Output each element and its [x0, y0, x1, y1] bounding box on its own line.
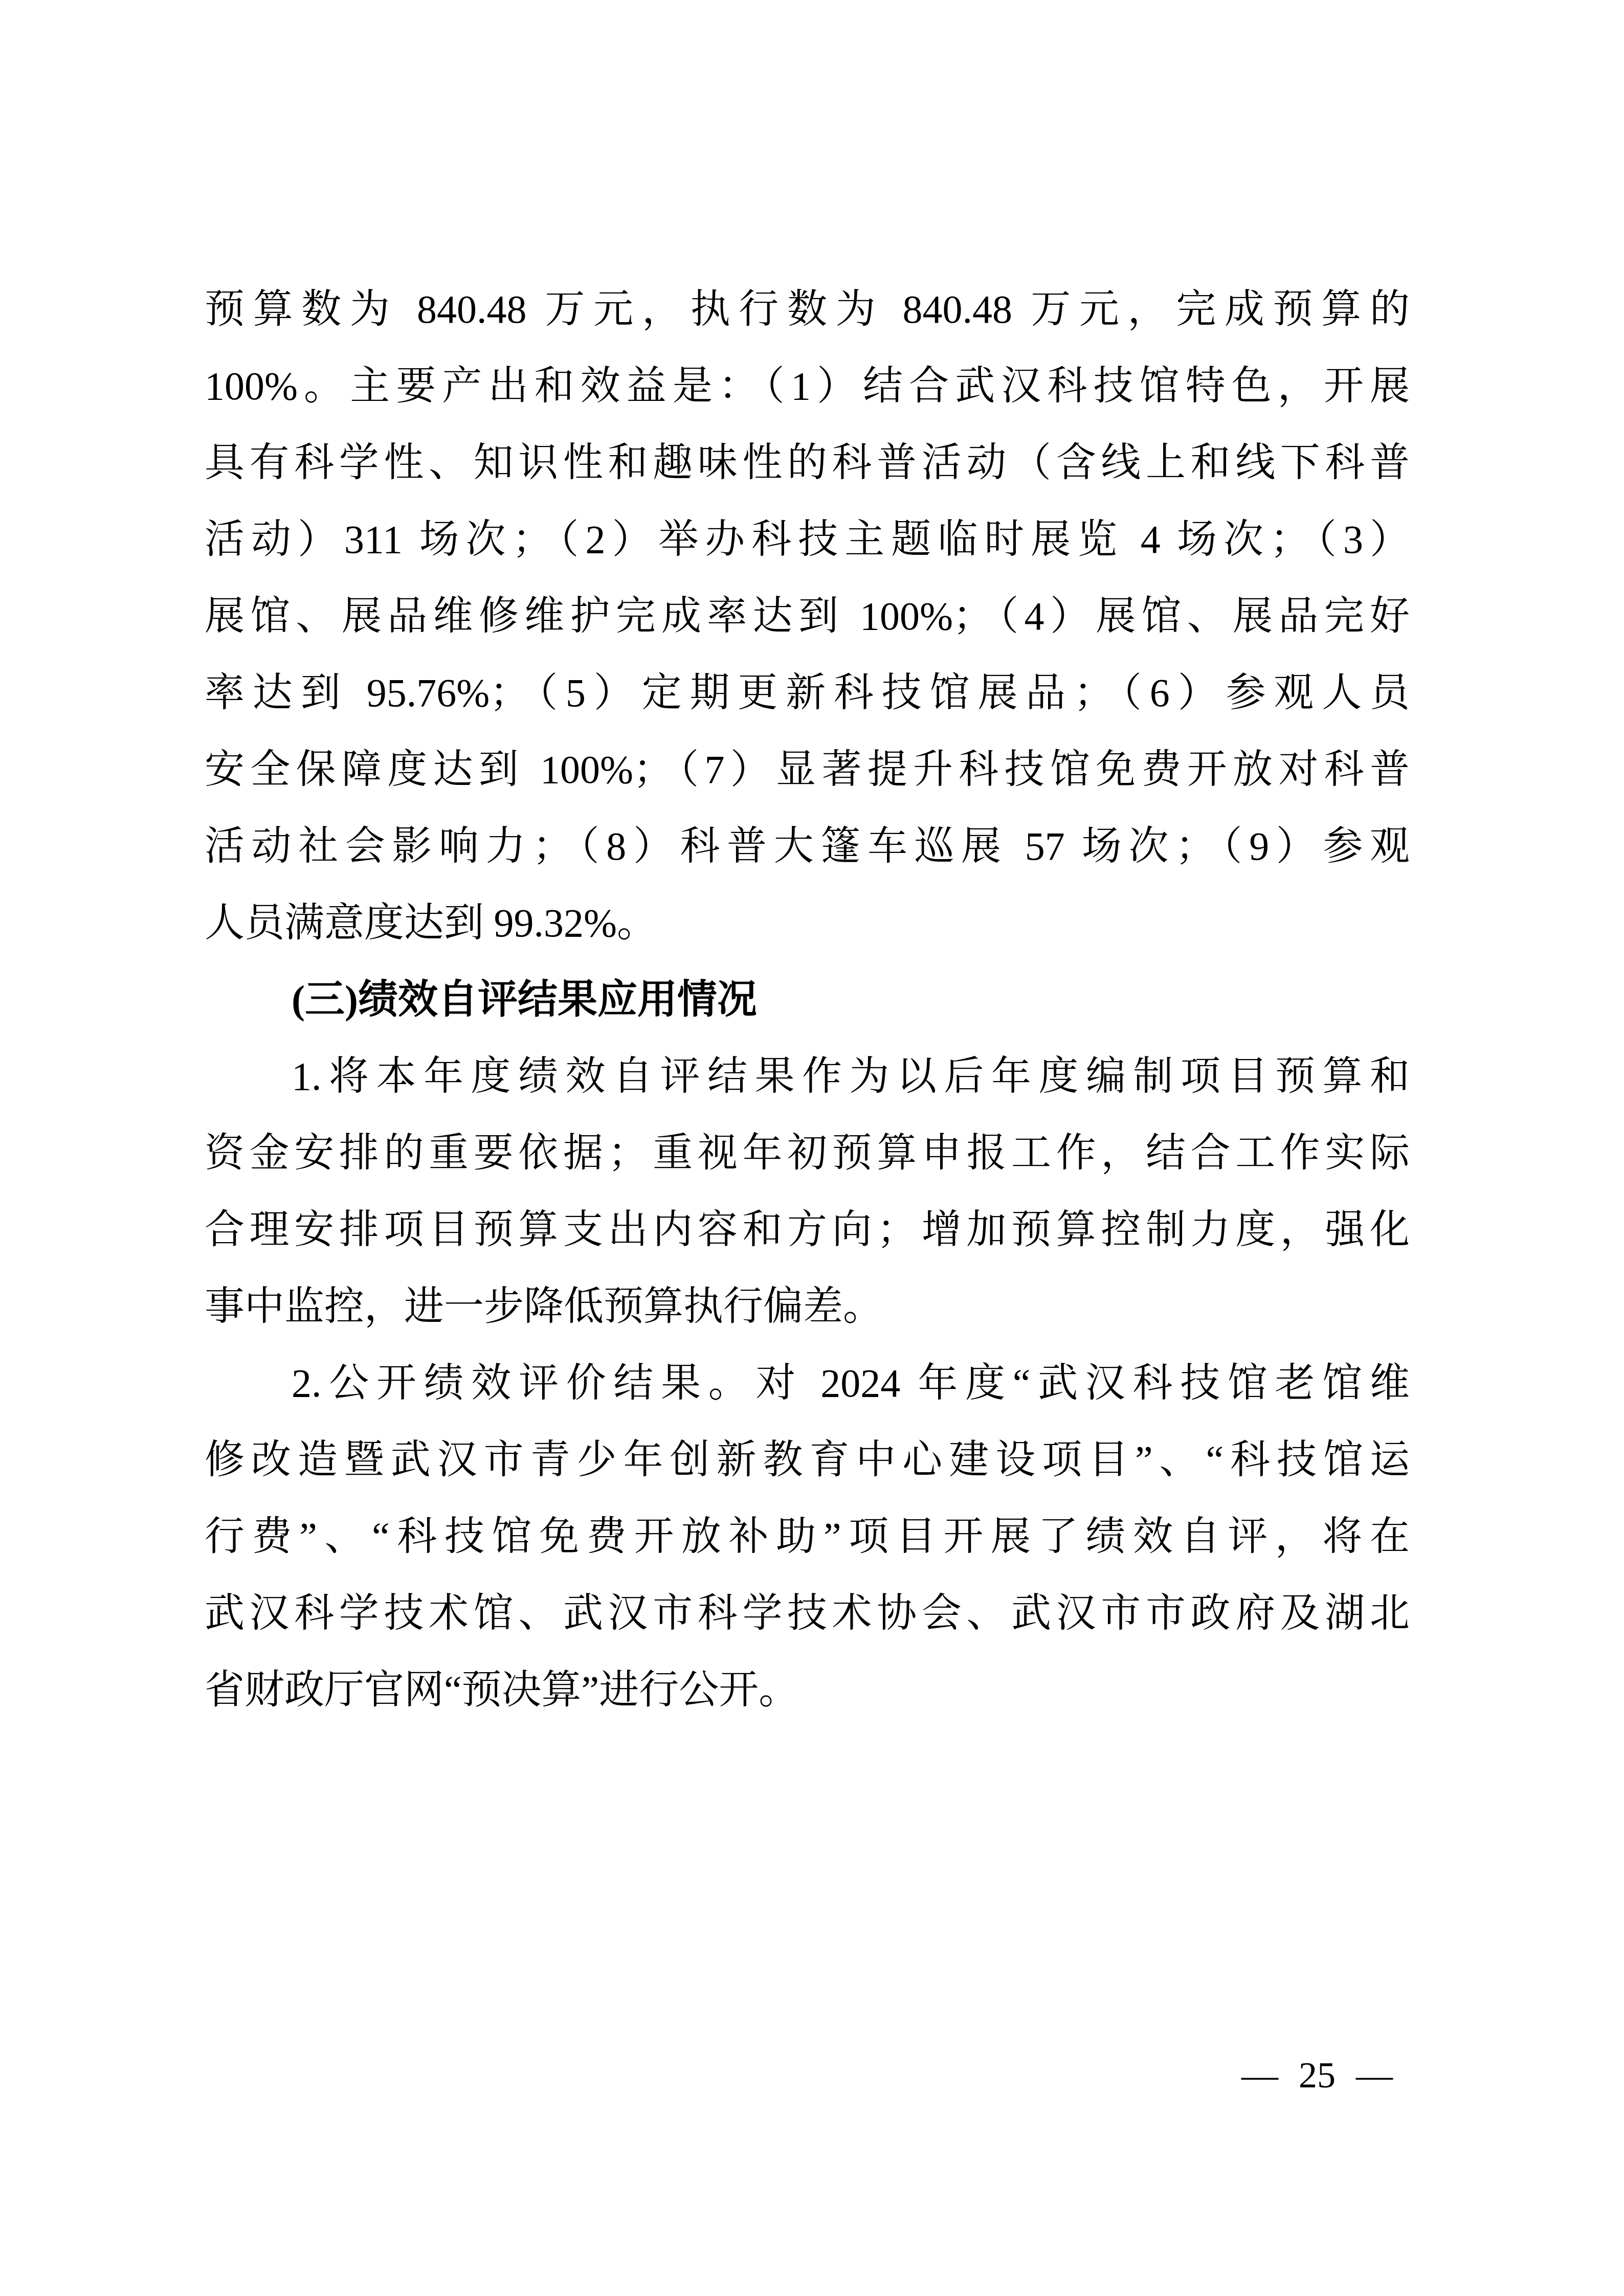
page-number: 25: [1299, 2057, 1336, 2094]
text-line: 修改造暨武汉市青少年创新教育中心建设项目”、“科技馆运: [205, 1422, 1410, 1498]
document-body: 预算数为 840.48 万元，执行数为 840.48 万元，完成预算的100%。…: [205, 271, 1410, 1728]
text-line: 活动社会影响力；（8）科普大篷车巡展 57 场次；（9）参观: [205, 808, 1410, 885]
text-line: 具有科学性、知识性和趣味性的科普活动（含线上和线下科普: [205, 424, 1410, 501]
text-line: 资金安排的重要依据；重视年初预算申报工作，结合工作实际: [205, 1115, 1410, 1191]
text-line: 合理安排项目预算支出内容和方向；增加预算控制力度，强化: [205, 1191, 1410, 1268]
text-line: 行费”、“科技馆免费开放补助”项目开展了绩效自评，将在: [205, 1498, 1410, 1575]
text-line: 武汉科学技术馆、武汉市科学技术协会、武汉市市政府及湖北: [205, 1575, 1410, 1652]
text-line: 率达到 95.76%；（5）定期更新科技馆展品；（6）参观人员: [205, 655, 1410, 731]
section-heading: (三)绩效自评结果应用情况: [205, 961, 1410, 1038]
text-line: 安全保障度达到 100%；（7）显著提升科技馆免费开放对科普: [205, 731, 1410, 808]
page-footer: — 25 —: [1241, 2057, 1393, 2094]
text-line: 事中监控，进一步降低预算执行偏差。: [205, 1268, 1410, 1345]
text-line: 人员满意度达到 99.32%。: [205, 885, 1410, 961]
text-line: 100%。主要产出和效益是：（1）结合武汉科技馆特色，开展: [205, 348, 1410, 424]
document-page: 预算数为 840.48 万元，执行数为 840.48 万元，完成预算的100%。…: [0, 0, 1624, 2296]
text-line: 活动）311 场次；（2）举办科技主题临时展览 4 场次；（3）: [205, 501, 1410, 578]
text-line: 1.将本年度绩效自评结果作为以后年度编制项目预算和: [205, 1038, 1410, 1115]
footer-dash-right: —: [1356, 2057, 1393, 2094]
footer-dash-left: —: [1241, 2057, 1278, 2094]
text-line: 预算数为 840.48 万元，执行数为 840.48 万元，完成预算的: [205, 271, 1410, 348]
text-line: 展馆、展品维修维护完成率达到 100%；（4）展馆、展品完好: [205, 578, 1410, 655]
text-line: 省财政厅官网“预决算”进行公开。: [205, 1652, 1410, 1728]
text-line: 2.公开绩效评价结果。对 2024 年度“武汉科技馆老馆维: [205, 1345, 1410, 1422]
